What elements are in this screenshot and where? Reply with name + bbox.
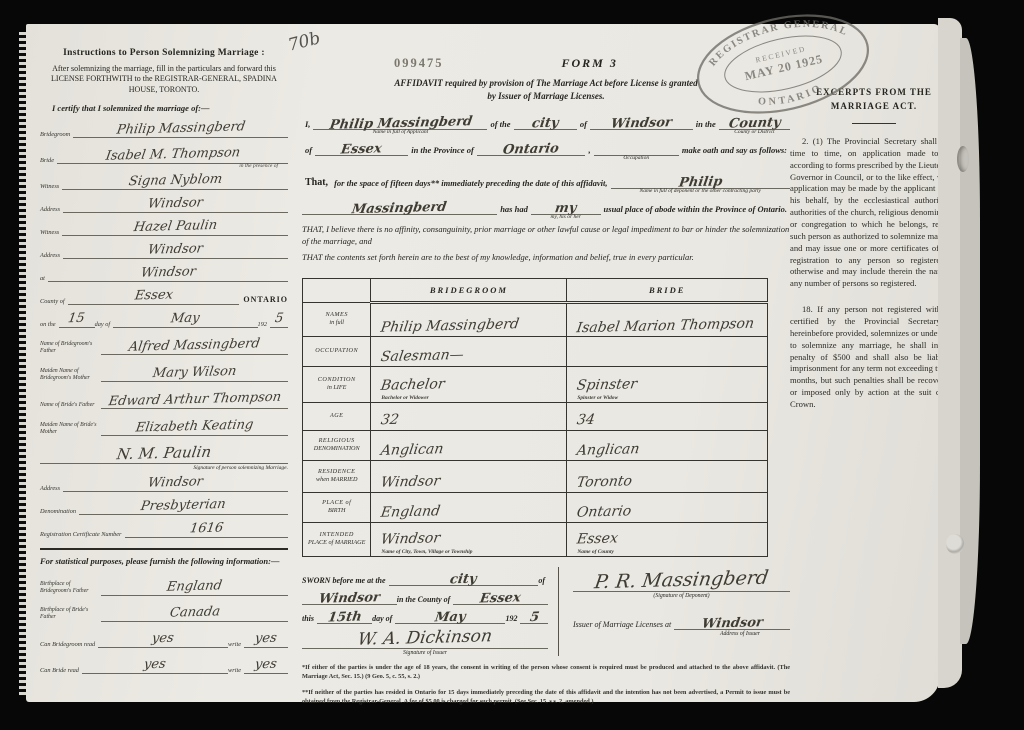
handwritten-groom-religion: Anglican [380, 442, 445, 458]
handwritten-witness-2: Hazel Paulin [133, 219, 218, 234]
column-bride: BRIDE [567, 278, 768, 302]
handwritten-month: May [170, 312, 200, 326]
footnote-residency: **If neither of the parties has resided … [302, 688, 790, 706]
handwritten-bride-condition: Spinster [576, 377, 638, 393]
handwritten-bride-mother: Elizabeth Keating [135, 419, 254, 435]
instructions-title: Instructions to Person Solemnizing Marri… [40, 48, 288, 58]
field-registration-number: Registration Certificate Number 1616 [40, 517, 288, 538]
handwritten-sworn-year: 5 [529, 611, 540, 624]
handwritten-day: 15 [67, 312, 86, 325]
excerpts-rule [852, 123, 896, 124]
affidavit-form: 70b 099475 FORM 3 AFFIDAVIT required by … [302, 32, 790, 706]
truth-clause: THAT the contents set forth herein are t… [302, 252, 790, 264]
handwritten-address-3: Windsor [147, 475, 204, 489]
svg-text:REGISTRAR GENERAL: REGISTRAR GENERAL [702, 6, 852, 70]
handwritten-bride-birthplace: Ontario [576, 504, 632, 519]
handwritten-municipality-type: city [531, 117, 559, 131]
field-can-bridegroom-read: Can Bridegroom read yes write yes [40, 624, 288, 648]
serial-number: 099475 [394, 56, 444, 71]
field-county: County of Essex ONTARIO [40, 284, 288, 305]
handwritten-bride-age: 34 [576, 413, 596, 427]
document-page: Instructions to Person Solemnizing Marri… [26, 24, 940, 702]
field-solemnizer-signature: N. M. Paulin [40, 438, 288, 464]
table-header-row: BRIDEGROOM BRIDE [303, 278, 768, 302]
handwritten-county: Essex [134, 289, 174, 303]
residence-clause-2: Massingberd has had mymy, his or her usu… [302, 194, 790, 215]
hole-punch [946, 534, 964, 554]
handwritten-birthplace-br-father: Canada [168, 605, 220, 619]
paper-crease [957, 146, 969, 172]
issuer-signature-line: W. A. Dickinson [302, 630, 548, 649]
handwritten-witness-1: Signa Nyblom [127, 173, 222, 188]
sworn-section: SWORN before me at the city of Windsor i… [302, 567, 790, 656]
handwritten-intended-county: Essex [576, 531, 619, 546]
field-bridegroom-mother: Maiden Name of Bridegroom's Mother Mary … [40, 357, 288, 382]
table-row-names: NAMESin full Philip Massingberd Isabel M… [303, 302, 768, 336]
handwritten-issuer-signature: W. A. Dickinson [357, 628, 494, 648]
handwritten-br-write: yes [254, 657, 278, 671]
handwritten-groom-name: Philip Massingberd [380, 317, 520, 335]
handwritten-bride-residence: Toronto [576, 474, 633, 489]
handwritten-municipality: Windsor [610, 116, 673, 131]
handwritten-bg-write: yes [254, 631, 278, 645]
handwritten-groom-residence: Windsor [380, 474, 441, 490]
field-bride: Bride Isabel M. Thompsonin the presence … [40, 140, 288, 164]
handwritten-deponent-surname: Massingberd [351, 201, 448, 216]
field-bridegroom-father: Name of Bridegroom's Father Alfred Massi… [40, 330, 288, 355]
field-bride-father: Name of Bride's Father Edward Arthur Tho… [40, 384, 288, 409]
statistics-intro: For statistical purposes, please furnish… [40, 556, 288, 567]
handwritten-registration-number: 1616 [189, 522, 224, 536]
table-row-occupation: OCCUPATION Salesman— [303, 336, 768, 366]
bridegroom-bride-table: BRIDEGROOM BRIDE NAMESin full Philip Mas… [302, 278, 768, 557]
handwritten-county-name: Essex [340, 143, 383, 157]
handwritten-year: 5 [274, 312, 284, 325]
table-row-religion: RELIGIOUSDENOMINATION Anglican Anglican [303, 430, 768, 460]
table-row-residence: RESIDENCEwhen MARRIED Windsor Toronto [303, 460, 768, 492]
table-row-birthplace: PLACE ofBIRTH England Ontario [303, 492, 768, 522]
handwritten-bride-name-full: Isabel Marion Thompson [576, 316, 755, 335]
field-birthplace-bridegroom-father: Birthplace of Bridegroom's Father Englan… [40, 572, 288, 596]
handwritten-address-1: Windsor [147, 196, 204, 210]
handwritten-bridegroom-father: Alfred Massingberd [128, 337, 261, 353]
handwritten-bridegroom-mother: Mary Wilson [152, 365, 237, 380]
handwritten-sworn-day: 15th [327, 610, 363, 624]
handwritten-issuer-address: Windsor [701, 616, 764, 631]
deponent-signature-line: P. R. Massingberd [573, 571, 790, 592]
field-address-1: Address Windsor [40, 192, 288, 213]
table-row-condition: CONDITIONin LIFE BachelorBachelor or Wid… [303, 366, 768, 402]
handwritten-groom-age: 32 [380, 413, 400, 427]
province-label: ONTARIO [239, 295, 288, 305]
handwritten-sworn-county: Essex [479, 591, 522, 605]
issuer-signature-caption: Signature of Issuer [302, 650, 548, 656]
certify-line: I certify that I solemnized the marriage… [52, 103, 288, 113]
stamp-arc-bottom-text: ONTARIO [755, 81, 825, 112]
handwritten-intended-place: Windsor [380, 531, 441, 547]
section-divider [40, 548, 288, 550]
column-bridegroom: BRIDEGROOM [371, 278, 567, 302]
field-date: on the 15 day of May 192 5 [40, 307, 288, 328]
field-address-3: Address Windsor [40, 471, 288, 492]
deponent-signature-block: P. R. Massingberd (Signature of Deponent… [559, 567, 790, 656]
perforated-edge [19, 32, 26, 696]
field-bridegroom: Bridegroom Philip Massingberd [40, 117, 288, 138]
field-bride-mother: Maiden Name of Bride's Mother Elizabeth … [40, 411, 288, 436]
excerpt-section-2: 2. (1) The Provincial Secretary shall fr… [790, 136, 958, 290]
handwritten-bg-read: yes [151, 631, 175, 645]
handwritten-bride-father: Edward Arthur Thompson [107, 391, 281, 408]
stamp-arc-top-text: REGISTRAR GENERAL [702, 6, 852, 70]
pencil-annotation: 70b [286, 28, 322, 55]
handwritten-sworn-city-type: city [449, 572, 477, 586]
field-witness-2: Witness Hazel Paulin [40, 215, 288, 236]
handwritten-deponent-signature: P. R. Massingberd [593, 569, 769, 593]
handwritten-bride-religion: Anglican [576, 442, 641, 458]
handwritten-address-2: Windsor [147, 242, 204, 256]
handwritten-sworn-place: Windsor [318, 591, 381, 606]
page-stack-edge-2 [960, 38, 980, 644]
form-number: FORM 3 [562, 56, 618, 71]
field-at: at Windsor [40, 261, 288, 282]
sworn-statement: SWORN before me at the city of Windsor i… [302, 567, 559, 656]
residence-clause-1: That, for the space of fifteen days** im… [302, 168, 790, 189]
svg-text:ONTARIO: ONTARIO [755, 81, 825, 112]
handwritten-groom-occupation: Salesman— [380, 348, 465, 364]
handwritten-at-place: Windsor [140, 265, 197, 279]
field-witness-1: Witness Signa Nyblom [40, 166, 288, 190]
handwritten-groom-condition: Bachelor [380, 377, 446, 393]
page-stack-edge-1 [938, 18, 962, 688]
handwritten-birthplace-bg-father: England [166, 579, 223, 593]
handwritten-bridegroom-name: Philip Massingberd [115, 121, 245, 137]
field-can-bride-read: Can Bride read yes write yes [40, 650, 288, 674]
handwritten-groom-birthplace: England [380, 504, 441, 520]
handwritten-province: Ontario [502, 142, 560, 156]
issuer-address-caption: Address of Issuer [573, 631, 790, 637]
handwritten-denomination: Presbyterian [140, 498, 227, 513]
scanned-marriage-affidavit: { "colors": { "background": "#070707", "… [0, 0, 1024, 730]
handwritten-solemnizer-signature: N. M. Paulin [116, 445, 213, 462]
table-row-intended-place: INTENDEDPLACE of MARRIAGE WindsorName of… [303, 522, 768, 556]
footnote-consent: *If either of the parties is under the a… [302, 663, 790, 681]
handwritten-br-read: yes [143, 657, 167, 671]
handwritten-bride-name: Isabel M. Thompson [104, 146, 240, 162]
instructions-panel: Instructions to Person Solemnizing Marri… [40, 48, 288, 676]
applicant-line-2: of Essex in the Province of Ontario , Oc… [302, 135, 790, 156]
table-row-age: AGE 32 34 [303, 402, 768, 430]
field-birthplace-bride-father: Birthplace of Bride's Father Canada [40, 598, 288, 622]
handwritten-sworn-month: May [434, 610, 466, 624]
deponent-signature-caption: (Signature of Deponent) [573, 593, 790, 599]
excerpts-panel: EXCERPTS FROM THE MARRIAGE ACT. 2. (1) T… [790, 86, 958, 425]
instructions-text: After solemnizing the marriage, fill in … [40, 64, 288, 95]
excerpt-section-18: 18. If any person not registered with an… [790, 304, 958, 411]
field-address-2: Address Windsor [40, 238, 288, 259]
field-denomination: Denomination Presbyterian [40, 494, 288, 515]
impediment-clause: THAT, I believe there is no affinity, co… [302, 224, 790, 248]
